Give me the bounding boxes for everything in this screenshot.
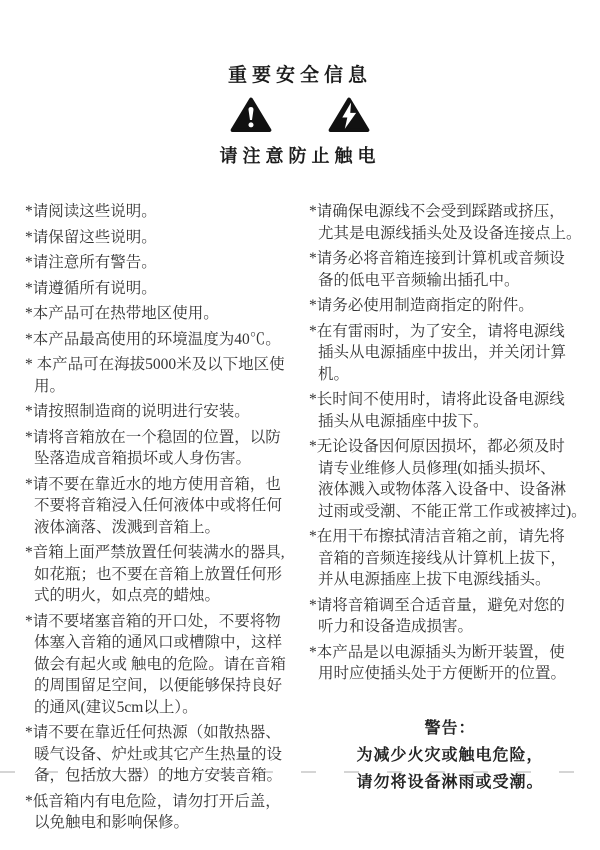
safety-symbol-row bbox=[0, 93, 600, 135]
safety-instruction-item: *请将音箱放在一个稳固的位置，以防 坠落造成音箱损坏或人身伤害。 bbox=[25, 427, 303, 470]
warning-heading: 警告： bbox=[309, 715, 591, 742]
safety-instruction-item: *请按照制造商的说明进行安装。 bbox=[25, 401, 303, 423]
safety-instruction-item: *请不要堵塞音箱的开口处，不要将物 体塞入音箱的通风口或槽隙中，这样 做会有起火… bbox=[25, 611, 303, 719]
safety-instruction-item: *请阅读这些说明。 bbox=[25, 201, 303, 223]
right-column: *请确保电源线不会受到踩踏或挤压， 尤其是电源线插头处及设备连接点上。*请务必将… bbox=[309, 201, 591, 838]
safety-instruction-item: *在有雷雨时，为了安全，请将电源线 插头从电源插座中拔出，并关闭计算 机。 bbox=[309, 321, 591, 386]
safety-instruction-item: *本产品最高使用的环境温度为40℃。 bbox=[25, 329, 303, 351]
safety-instruction-item: *音箱上面严禁放置任何装满水的器具, 如花瓶；也不要在音箱上放置任何形 式的明火… bbox=[25, 542, 303, 607]
safety-instruction-item: *本产品可在热带地区使用。 bbox=[25, 303, 303, 325]
document-header: 重要安全信息 请注意防止触电 bbox=[0, 0, 600, 168]
page-title: 重要安全信息 bbox=[0, 0, 600, 87]
safety-document-page: 重要安全信息 请注意防止触电 *请阅读这些说明。*请保留这些说明。*请注意所有警… bbox=[0, 0, 600, 850]
safety-instruction-item: *请务必将音箱连接到计算机或音频设 备的低电平音频输出插孔中。 bbox=[309, 248, 591, 291]
safety-instruction-item: *请注意所有警告。 bbox=[25, 252, 303, 274]
warning-exclamation-triangle-icon bbox=[230, 95, 272, 135]
electric-shock-lightning-triangle-icon bbox=[328, 95, 370, 135]
safety-instruction-item: *请不要在靠近水的地方使用音箱，也 不要将音箱浸入任何液体中或将任何 液体滴落、… bbox=[25, 474, 303, 539]
safety-instruction-item: * 本产品可在海拔5000米及以下地区使用。 bbox=[25, 354, 303, 397]
content-columns: *请阅读这些说明。*请保留这些说明。*请注意所有警告。*请遵循所有说明。*本产品… bbox=[0, 201, 600, 838]
safety-instruction-item: *低音箱内有电危险，请勿打开后盖， 以免触电和影响保修。 bbox=[25, 791, 303, 834]
safety-instruction-item: *请遵循所有说明。 bbox=[25, 278, 303, 300]
subtitle: 请注意防止触电 bbox=[0, 142, 600, 168]
safety-instruction-item: *请确保电源线不会受到踩踏或挤压， 尤其是电源线插头处及设备连接点上。 bbox=[309, 201, 591, 244]
safety-instruction-item: *在用干布擦拭清洁音箱之前，请先将 音箱的音频连接线从计算机上拔下， 并从电源插… bbox=[309, 526, 591, 591]
left-column: *请阅读这些说明。*请保留这些说明。*请注意所有警告。*请遵循所有说明。*本产品… bbox=[25, 201, 303, 838]
right-column-items: *请确保电源线不会受到踩踏或挤压， 尤其是电源线插头处及设备连接点上。*请务必将… bbox=[309, 201, 591, 685]
safety-instruction-item: *请务必使用制造商指定的附件。 bbox=[309, 295, 591, 317]
safety-instruction-item: *请保留这些说明。 bbox=[25, 227, 303, 249]
safety-instruction-item: *请不要在靠近任何热源（如散热器、 暖气设备、炉灶或其它产生热量的设 备，包括放… bbox=[25, 722, 303, 787]
warning-block: 警告： 为减少火灾或触电危险， 请勿将设备淋雨或受潮。 bbox=[309, 715, 591, 796]
warning-text: 为减少火灾或触电危险， 请勿将设备淋雨或受潮。 bbox=[309, 742, 591, 796]
safety-instruction-item: *长时间不使用时，请将此设备电源线 插头从电源插座中拔下。 bbox=[309, 389, 591, 432]
safety-instruction-item: *本产品是以电源插头为断开装置，使 用时应使插头处于方便断开的位置。 bbox=[309, 642, 591, 685]
safety-instruction-item: *请将音箱调至合适音量，避免对您的 听力和设备造成损害。 bbox=[309, 595, 591, 638]
safety-instruction-item: *无论设备因何原因损坏，都必须及时 请专业维修人员修理(如插头损坏、 液体溅入或… bbox=[309, 436, 591, 522]
